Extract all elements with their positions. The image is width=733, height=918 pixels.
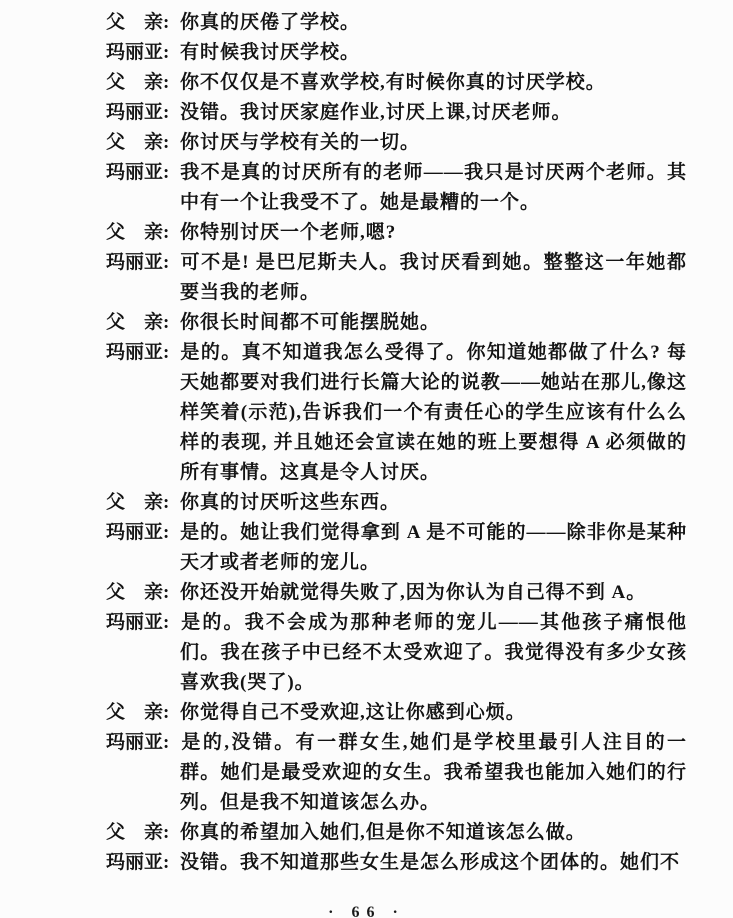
speaker-label: 父 亲 xyxy=(106,12,163,33)
dialogue-line: 玛丽亚:没错。我讨厌家庭作业,讨厌上课,讨厌老师。 xyxy=(106,98,687,128)
speaker-label: 父 亲 xyxy=(106,822,163,843)
speaker-colon: : xyxy=(163,342,169,363)
dialogue-line: 父 亲:你还没开始就觉得失败了,因为你认为自己得不到 A。 xyxy=(106,578,687,608)
book-page: 父 亲:你真的厌倦了学校。 玛丽亚:有时候我讨厌学校。 父 亲:你不仅仅是不喜欢… xyxy=(0,0,733,918)
utterance-text: 没错。我讨厌家庭作业,讨厌上课,讨厌老师。 xyxy=(180,102,572,123)
speaker-name: 父 亲: xyxy=(106,578,180,608)
speaker-colon: : xyxy=(163,612,169,633)
speaker-colon: : xyxy=(163,822,169,843)
dialogue-line: 父 亲:你很长时间都不可能摆脱她。 xyxy=(106,308,687,338)
speaker-name: 玛丽亚: xyxy=(106,608,180,638)
dialogue-line: 玛丽亚:是的,没错。有一群女生,她们是学校里最引人注目的一群。她们是最受欢迎的女… xyxy=(106,728,687,818)
speaker-name: 玛丽亚: xyxy=(106,158,180,188)
speaker-name: 玛丽亚: xyxy=(106,38,180,68)
speaker-label: 父 亲 xyxy=(106,132,163,153)
dialogue-line: 玛丽亚:是的。她让我们觉得拿到 A 是不可能的——除非你是某种天才或者老师的宠儿… xyxy=(106,518,687,578)
utterance-text: 没错。我不知道那些女生是怎么形成这个团体的。她们不 xyxy=(180,852,680,873)
speaker-label: 父 亲 xyxy=(106,582,163,603)
utterance-text: 你很长时间都不可能摆脱她。 xyxy=(180,312,440,333)
dialogue-line: 玛丽亚:可不是! 是巴尼斯夫人。我讨厌看到她。整整这一年她都要当我的老师。 xyxy=(106,248,687,308)
utterance-text: 你还没开始就觉得失败了,因为你认为自己得不到 A。 xyxy=(180,582,646,603)
dialogue-line: 父 亲:你真的讨厌听这些东西。 xyxy=(106,488,687,518)
dialogue-line: 父 亲:你真的希望加入她们,但是你不知道该怎么做。 xyxy=(106,818,687,848)
utterance-text: 是的。我不会成为那种老师的宠儿——其他孩子痛恨他们。我在孩子中已经不太受欢迎了。… xyxy=(180,612,687,693)
speaker-name: 父 亲: xyxy=(106,818,180,848)
speaker-label: 父 亲 xyxy=(106,72,163,93)
dialogue-line: 父 亲:你真的厌倦了学校。 xyxy=(106,8,687,38)
speaker-name: 父 亲: xyxy=(106,488,180,518)
speaker-colon: : xyxy=(163,162,169,183)
utterance-text: 我不是真的讨厌所有的老师——我只是讨厌两个老师。其中有一个让我受不了。她是最糟的… xyxy=(180,162,687,213)
dialogue-line: 玛丽亚:没错。我不知道那些女生是怎么形成这个团体的。她们不 xyxy=(106,848,687,878)
utterance-text: 有时候我讨厌学校。 xyxy=(180,42,360,63)
utterance-text: 是的。她让我们觉得拿到 A 是不可能的——除非你是某种天才或者老师的宠儿。 xyxy=(180,522,687,573)
speaker-colon: : xyxy=(163,222,169,243)
utterance-text: 你讨厌与学校有关的一切。 xyxy=(180,132,420,153)
speaker-colon: : xyxy=(163,42,169,63)
speaker-label: 父 亲 xyxy=(106,702,163,723)
speaker-colon: : xyxy=(163,732,169,753)
speaker-colon: : xyxy=(163,522,169,543)
page-number: · 66 · xyxy=(0,904,733,918)
dialogue-line: 父 亲:你特别讨厌一个老师,嗯? xyxy=(106,218,687,248)
utterance-text: 你真的讨厌听这些东西。 xyxy=(180,492,400,513)
utterance-text: 你觉得自己不受欢迎,这让你感到心烦。 xyxy=(180,702,526,723)
speaker-name: 玛丽亚: xyxy=(106,338,180,368)
speaker-label: 玛丽亚 xyxy=(106,162,163,183)
speaker-colon: : xyxy=(163,102,169,123)
speaker-name: 玛丽亚: xyxy=(106,98,180,128)
speaker-label: 父 亲 xyxy=(106,492,163,513)
dialogue-line: 玛丽亚:是的。我不会成为那种老师的宠儿——其他孩子痛恨他们。我在孩子中已经不太受… xyxy=(106,608,687,698)
utterance-text: 你不仅仅是不喜欢学校,有时候你真的讨厌学校。 xyxy=(180,72,606,93)
utterance-text: 你特别讨厌一个老师,嗯? xyxy=(180,222,396,243)
speaker-label: 玛丽亚 xyxy=(106,42,163,63)
speaker-label: 玛丽亚 xyxy=(106,612,163,633)
speaker-name: 玛丽亚: xyxy=(106,728,180,758)
speaker-name: 父 亲: xyxy=(106,698,180,728)
speaker-colon: : xyxy=(163,132,169,153)
speaker-name: 玛丽亚: xyxy=(106,518,180,548)
dialogue-line: 玛丽亚:是的。真不知道我怎么受得了。你知道她都做了什么? 每天她都要对我们进行长… xyxy=(106,338,687,488)
speaker-label: 玛丽亚 xyxy=(106,852,163,873)
speaker-name: 父 亲: xyxy=(106,8,180,38)
speaker-label: 玛丽亚 xyxy=(106,522,163,543)
speaker-label: 玛丽亚 xyxy=(106,732,163,753)
speaker-colon: : xyxy=(163,72,169,93)
speaker-label: 父 亲 xyxy=(106,312,163,333)
speaker-name: 父 亲: xyxy=(106,218,180,248)
speaker-name: 玛丽亚: xyxy=(106,848,180,878)
speaker-colon: : xyxy=(163,252,169,273)
utterance-text: 你真的厌倦了学校。 xyxy=(180,12,360,33)
dialogue-line: 父 亲:你觉得自己不受欢迎,这让你感到心烦。 xyxy=(106,698,687,728)
utterance-text: 是的。真不知道我怎么受得了。你知道她都做了什么? 每天她都要对我们进行长篇大论的… xyxy=(180,342,687,483)
utterance-text: 是的,没错。有一群女生,她们是学校里最引人注目的一群。她们是最受欢迎的女生。我希… xyxy=(180,732,687,813)
speaker-name: 玛丽亚: xyxy=(106,248,180,278)
utterance-text: 可不是! 是巴尼斯夫人。我讨厌看到她。整整这一年她都要当我的老师。 xyxy=(180,252,687,303)
utterance-text: 你真的希望加入她们,但是你不知道该怎么做。 xyxy=(180,822,586,843)
speaker-colon: : xyxy=(163,12,169,33)
speaker-colon: : xyxy=(163,702,169,723)
speaker-name: 父 亲: xyxy=(106,68,180,98)
speaker-name: 父 亲: xyxy=(106,308,180,338)
speaker-label: 玛丽亚 xyxy=(106,102,163,123)
speaker-colon: : xyxy=(163,582,169,603)
speaker-colon: : xyxy=(163,852,169,873)
speaker-label: 父 亲 xyxy=(106,222,163,243)
speaker-name: 父 亲: xyxy=(106,128,180,158)
dialogue-line: 父 亲:你讨厌与学校有关的一切。 xyxy=(106,128,687,158)
dialogue-line: 玛丽亚:有时候我讨厌学校。 xyxy=(106,38,687,68)
speaker-colon: : xyxy=(163,492,169,513)
speaker-colon: : xyxy=(163,312,169,333)
dialogue-line: 玛丽亚:我不是真的讨厌所有的老师——我只是讨厌两个老师。其中有一个让我受不了。她… xyxy=(106,158,687,218)
speaker-label: 玛丽亚 xyxy=(106,342,163,363)
dialogue-line: 父 亲:你不仅仅是不喜欢学校,有时候你真的讨厌学校。 xyxy=(106,68,687,98)
speaker-label: 玛丽亚 xyxy=(106,252,163,273)
